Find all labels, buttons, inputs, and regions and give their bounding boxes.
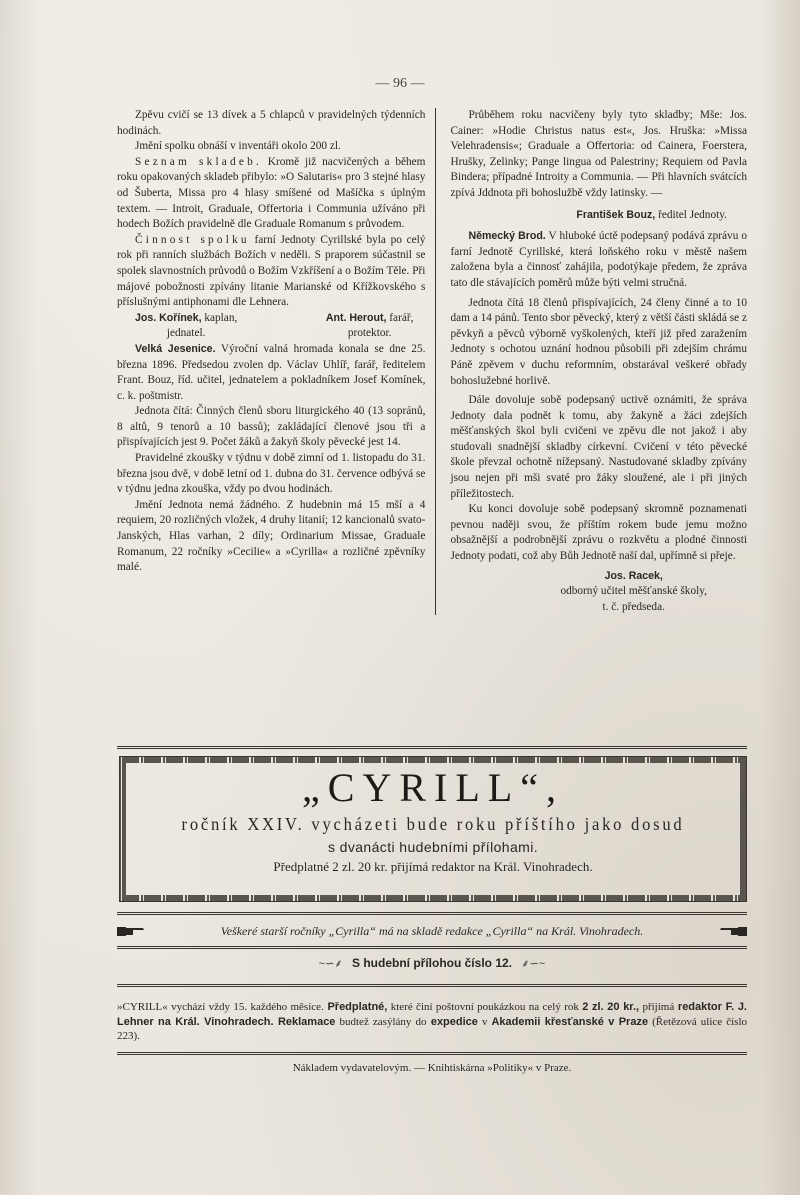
left-column: Zpěvu cvičí se 13 dívek a 5 chlapců v pr…: [117, 108, 436, 615]
pointing-hand-left-icon: [719, 925, 747, 937]
signature: Jos. Racek, odborný učitel měšťanské ško…: [520, 569, 747, 616]
paragraph: Ku konci dovoluje sobě podepsaný skromně…: [450, 502, 747, 564]
signatures: Jos. Kořínek, kaplan, jednatel. Ant. Her…: [117, 311, 425, 342]
back-issues-notice: Veškeré starší ročníky „Cyrilla“ má na s…: [117, 920, 747, 942]
paragraph: Jednota čítá 18 členů přispívajících, 24…: [450, 296, 747, 390]
advert-line: ročník XXIV. vycházeti bude roku příštíh…: [151, 811, 716, 837]
divider: [117, 946, 747, 949]
divider: [117, 1052, 747, 1055]
notice-text: Veškeré starší ročníky „Cyrilla“ má na s…: [221, 924, 644, 939]
advert-title: „CYRILL“,: [126, 765, 740, 811]
advert-line: Předplatné 2 zl. 20 kr. přijímá redaktor…: [126, 857, 740, 877]
subscription-info: »CYRILL« vychází vždy 15. každého měsíce…: [117, 1000, 747, 1044]
paragraph: Velká Jesenice. Výroční valná hromada ko…: [117, 342, 425, 404]
page-number: — 96 —: [0, 76, 800, 92]
pointing-hand-right-icon: [117, 925, 145, 937]
paragraph: Německý Brod. V hluboké úctě podepsaný p…: [450, 229, 747, 291]
right-column: Průběhem roku nacvičeny byly tyto skladb…: [436, 108, 747, 615]
section-heading: Německý Brod.: [468, 230, 545, 242]
imprint-line: Nákladem vydavatelovým. — Knihtiskárna »…: [117, 1062, 747, 1074]
paragraph: Jmění Jednota nemá žádného. Z hudebnin m…: [117, 498, 425, 576]
paragraph-lead: Seznam skladeb.: [135, 156, 262, 168]
cyrill-advert-box: „CYRILL“, ročník XXIV. vycházeti bude ro…: [119, 756, 747, 902]
paragraph: Pravidelné zkoušky v týdnu v době zimní …: [117, 451, 425, 498]
paragraph-lead: Činnost spolku: [135, 234, 250, 246]
signature: Jos. Kořínek, kaplan, jednatel.: [135, 311, 237, 342]
divider: [117, 984, 747, 987]
flourish-ornament-icon: ~∽⸙: [319, 958, 343, 970]
two-column-body: Zpěvu cvičí se 13 dívek a 5 chlapců v pr…: [117, 108, 747, 615]
divider: [117, 746, 747, 749]
paragraph: Průběhem roku nacvičeny byly tyto skladb…: [450, 108, 747, 202]
signature: František Bouz, ředitel Jednoty.: [450, 208, 747, 224]
paragraph: Zpěvu cvičí se 13 dívek a 5 chlapců v pr…: [117, 108, 425, 139]
signature: Ant. Herout, farář, protektor.: [326, 311, 414, 342]
paragraph: Dále dovoluje sobě podepsaný uctivě ozná…: [450, 393, 747, 502]
advert-line: s dvanácti hudebními přílohami.: [126, 837, 740, 857]
section-heading: Velká Jesenice.: [135, 343, 216, 355]
paragraph: Jednota čítá: Činných členů sboru liturg…: [117, 404, 425, 451]
music-supplement-line: ~∽⸙ S hudební přílohou číslo 12. ⸙∽~: [117, 956, 747, 971]
flourish-ornament-icon: ⸙∽~: [521, 958, 545, 970]
paragraph: Činnost spolku farní Jednoty Cyrillské b…: [117, 233, 425, 311]
paragraph: Jmění spolku obnáší v inventáři okolo 20…: [117, 139, 425, 155]
paragraph: Seznam skladeb. Kromě již nacvičených a …: [117, 155, 425, 233]
divider: [117, 912, 747, 915]
